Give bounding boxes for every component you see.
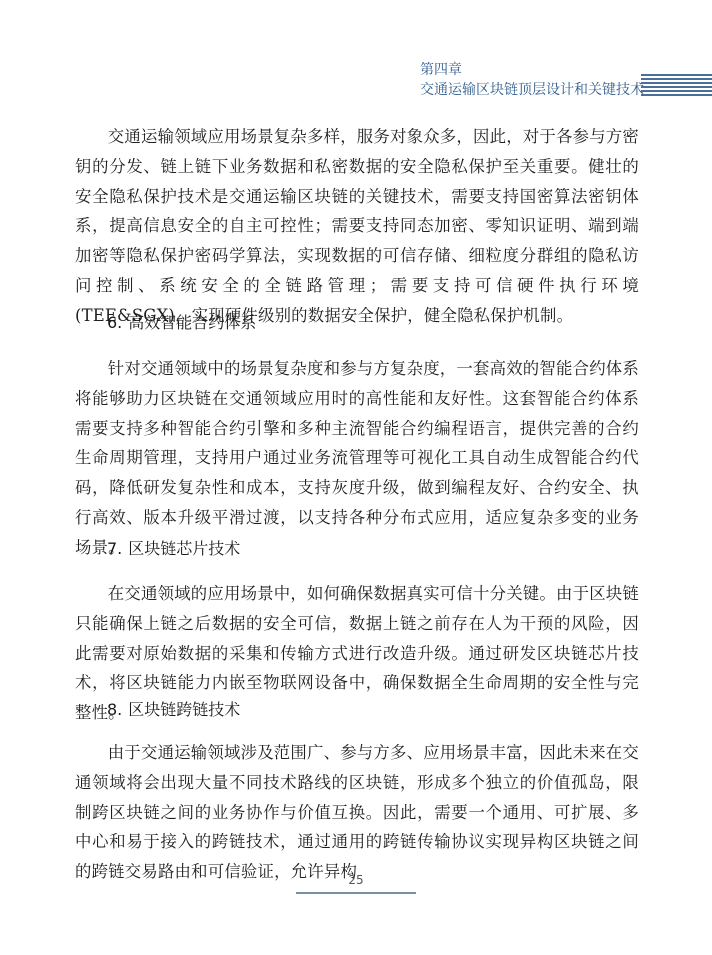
page-number: 25: [296, 872, 416, 888]
footer-rule: [296, 892, 416, 894]
stripe-line: [641, 90, 712, 92]
section-title: 区块链跨链技术: [128, 700, 240, 719]
stripe-line: [641, 74, 712, 76]
stripe-line: [641, 82, 712, 84]
chapter-title: 交通运输区块链顶层设计和关键技术: [420, 81, 644, 99]
section-title: 高效智能合约体系: [128, 313, 256, 332]
section-number: 8.: [107, 700, 122, 719]
section-heading-blockchain-chip: 7.区块链芯片技术: [75, 539, 240, 559]
chapter-label: 第四章: [420, 62, 462, 78]
stripe-line: [641, 78, 712, 80]
section-number: 6.: [107, 313, 122, 332]
page-footer: 25: [296, 872, 416, 894]
header-stripes-decoration: [641, 74, 712, 98]
section-title: 区块链芯片技术: [128, 539, 240, 558]
section-heading-smart-contract: 6.高效智能合约体系: [75, 313, 256, 333]
paragraph-cross-chain: 由于交通运输领域涉及范围广、参与方多、应用场景丰富，因此未来在交通领域将会出现大…: [75, 738, 639, 887]
page-header: 第四章 交通运输区块链顶层设计和关键技术: [420, 60, 712, 104]
section-number: 7.: [107, 539, 122, 558]
section-heading-cross-chain: 8.区块链跨链技术: [75, 700, 240, 720]
paragraph-smart-contract: 针对交通领域中的场景复杂度和参与方复杂度，一套高效的智能合约体系将能够助力区块链…: [75, 354, 639, 563]
stripe-line: [641, 94, 712, 96]
paragraph-security-privacy: 交通运输领域应用场景复杂多样，服务对象众多，因此，对于各参与方密钥的分发、链上链…: [75, 122, 639, 331]
stripe-line: [641, 86, 712, 88]
